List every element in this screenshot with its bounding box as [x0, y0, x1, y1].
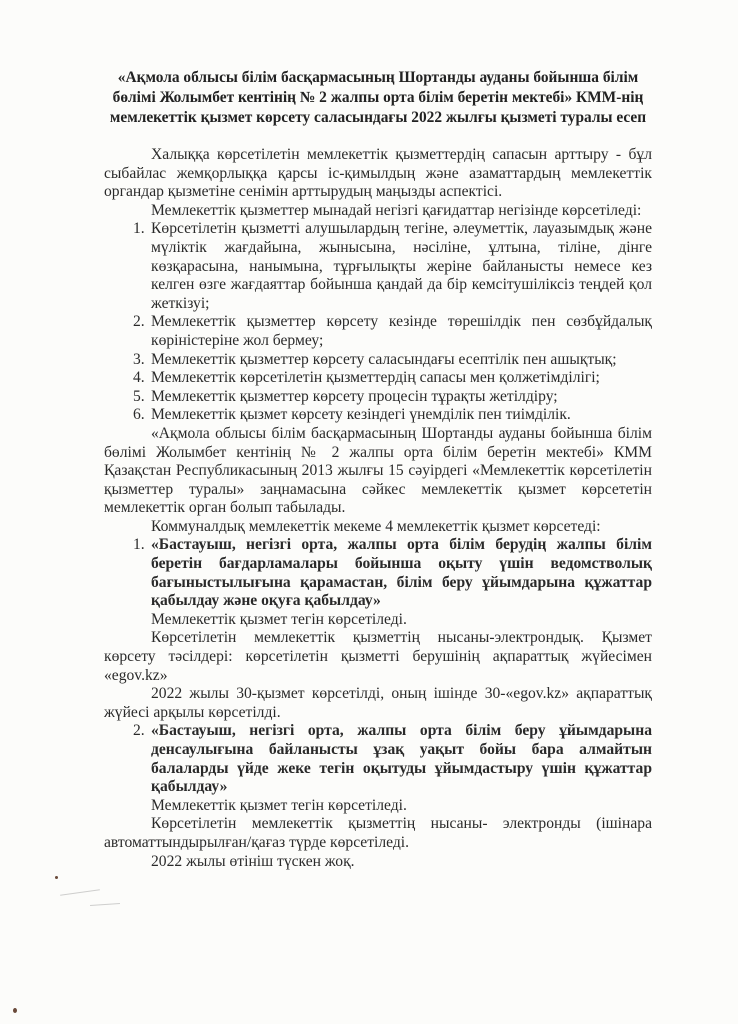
organization-paragraph: «Ақмола облысы білім басқармасының Шорта… — [104, 425, 652, 518]
document-title: «Ақмола облысы білім басқармасының Шорта… — [98, 68, 658, 128]
scan-scratch — [60, 889, 100, 896]
service-stats-note: 2022 жылы өтініш түскен жоқ. — [104, 853, 652, 872]
service-name: «Бастауыш, негізгі орта, жалпы орта білі… — [151, 536, 652, 609]
services-list: 1. «Бастауыш, негізгі орта, жалпы орта б… — [104, 536, 652, 610]
principle-item: 6.Мемлекеттік қызмет көрсету кезіндегі ү… — [104, 406, 652, 425]
document-body: «Ақмола облысы білім басқармасының Шорта… — [104, 68, 652, 871]
scan-speck — [13, 1008, 17, 1013]
principle-item: 4.Мемлекеттік көрсетілетін қызметтердің … — [104, 369, 652, 388]
scan-speck — [55, 876, 58, 879]
service-name: «Бастауыш, негізгі орта, жалпы орта білі… — [151, 722, 652, 795]
service-form-note: Көрсетілетін мемлекеттік қызметтің нысан… — [104, 815, 652, 852]
intro-paragraph: Халыққа көрсетілетін мемлекеттік қызметт… — [104, 146, 652, 202]
service-free-note: Мемлекеттік қызмет тегін көрсетіледі. — [104, 797, 652, 816]
principle-item: 5.Мемлекеттік қызметтер көрсету процесін… — [104, 388, 652, 407]
principle-item: 2.Мемлекеттік қызметтер көрсету кезінде … — [104, 313, 652, 350]
service-item: 1. «Бастауыш, негізгі орта, жалпы орта б… — [104, 536, 652, 610]
scan-scratch — [90, 903, 120, 906]
services-list-continued: 2. «Бастауыш, негізгі орта, жалпы орта б… — [104, 722, 652, 796]
services-intro: Коммуналдық мемлекеттік мекеме 4 мемлеке… — [104, 518, 652, 537]
service-item: 2. «Бастауыш, негізгі орта, жалпы орта б… — [104, 722, 652, 796]
principle-item: 1.Көрсетілетін қызметті алушылардың тегі… — [104, 220, 652, 313]
service-free-note: Мемлекеттік қызмет тегін көрсетіледі. — [104, 611, 652, 630]
principle-item: 3.Мемлекеттік қызметтер көрсету саласынд… — [104, 351, 652, 370]
principles-intro: Мемлекеттік қызметтер мынадай негізгі қа… — [104, 202, 652, 221]
service-form-note: Көрсетілетін мемлекеттік қызметтің нысан… — [104, 629, 652, 685]
scanned-page: «Ақмола облысы білім басқармасының Шорта… — [0, 0, 738, 1024]
principles-list: 1.Көрсетілетін қызметті алушылардың тегі… — [104, 220, 652, 425]
service-stats-note: 2022 жылы 30-қызмет көрсетілді, оның іші… — [104, 685, 652, 722]
